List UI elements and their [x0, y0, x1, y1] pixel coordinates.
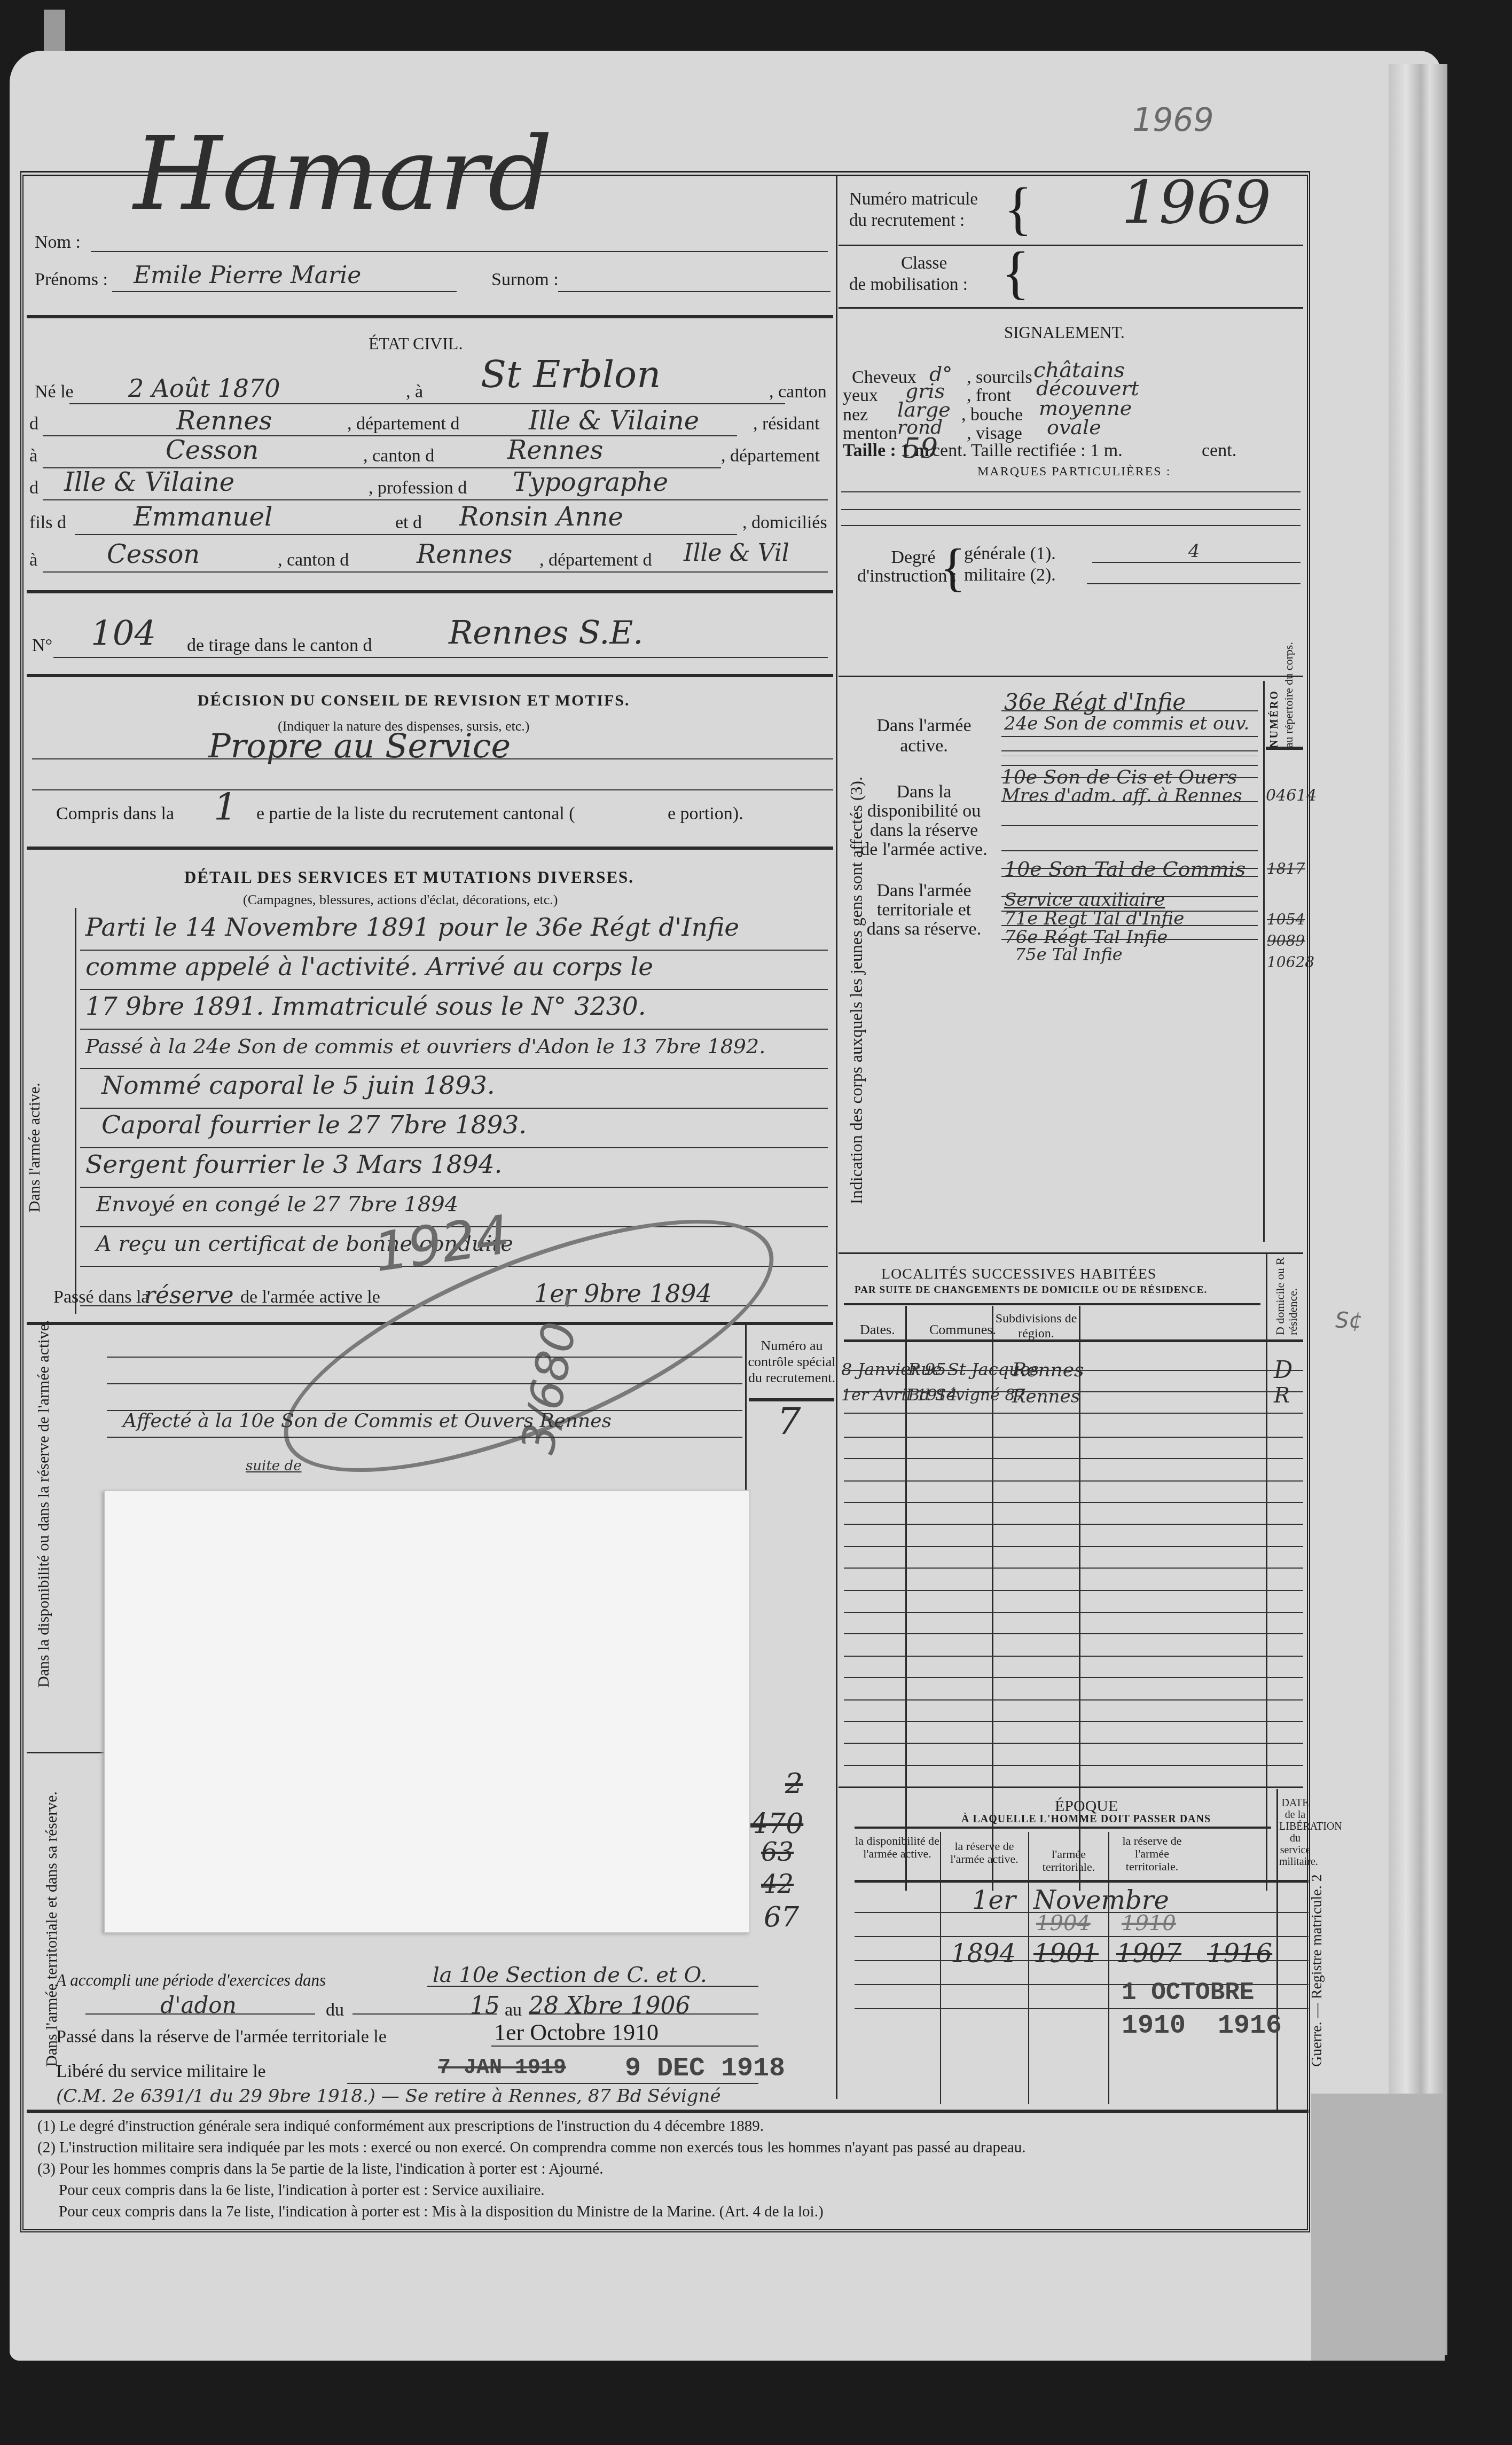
exercise-label: A accompli une période d'exercices dans [56, 1971, 326, 1990]
released-label: Libéré du service militaire le [56, 2062, 266, 2082]
divider [27, 315, 833, 318]
fill-line [43, 499, 828, 500]
pencil-margin-note: S¢ [1335, 1308, 1362, 1333]
canton-label: , canton d [278, 550, 349, 570]
footnote-5: Pour ceux compris dans la 7e liste, l'in… [59, 2203, 824, 2221]
rule [107, 1383, 742, 1384]
rule [1001, 911, 1258, 912]
rule [80, 1108, 828, 1109]
rule [844, 1502, 1303, 1503]
col-dates: Dates. [860, 1322, 895, 1338]
fill-line [427, 1986, 758, 1987]
department-prefix: d [29, 478, 38, 498]
side-label-active: Dans l'armée active. [26, 1083, 44, 1212]
face-value: ovale [1047, 416, 1101, 439]
rule [844, 1677, 1303, 1678]
born-label: Né le [35, 382, 74, 402]
locality-subdivision: Rennes [1012, 1386, 1080, 1407]
epoch-year: 1907 [1116, 1939, 1181, 1969]
department-label: , département [721, 446, 820, 466]
bracket [75, 908, 76, 1314]
service-line: Passé à la 24e Son de commis et ouvriers… [85, 1026, 765, 1066]
fill-line [352, 2013, 497, 2015]
divider [27, 674, 833, 677]
footnote-2: (2) L'instruction militaire sera indiqué… [37, 2139, 1026, 2157]
column-divider [836, 176, 837, 2099]
rule [1001, 765, 1258, 766]
corps-territoriale-number: 1817 [1267, 860, 1305, 877]
corps-number-header: NUMÉRO [1268, 689, 1281, 748]
to-label: au [505, 2000, 522, 2020]
divider [27, 847, 833, 850]
rule [1001, 801, 1258, 802]
draw-number-prefix: N° [32, 636, 52, 656]
released-date-stamp: 9 DEC 1918 [625, 2054, 785, 2084]
exercise-from: 15 [470, 1992, 500, 2019]
corps-disponibilite-number: 04614 [1266, 786, 1317, 805]
divider [844, 1339, 1303, 1342]
fill-line [53, 657, 828, 658]
liberation-date-header: DATE de la LIBÉRATION du service militai… [1279, 1797, 1311, 1868]
divider [839, 1786, 1303, 1788]
rule [80, 1068, 828, 1069]
epoch-struck-year: 1910 [1122, 1911, 1176, 1935]
divider [839, 245, 1303, 246]
rule [1001, 896, 1258, 897]
epoch-year: 1894 [951, 1939, 1016, 1969]
corps-disponibilite-entry: Mres d'adm. aff. à Rennes [1001, 785, 1242, 806]
canton-label: , canton d [363, 446, 434, 466]
footnote-4: Pour ceux compris dans la 6e liste, l'in… [59, 2182, 545, 2199]
rule [1001, 850, 1258, 851]
rule [855, 1936, 1309, 1937]
fill-line [69, 403, 785, 404]
rule [1001, 868, 1258, 869]
brace: { [1004, 182, 1032, 235]
rule [1001, 750, 1258, 751]
corps-active-label: Dans l'armée active. [860, 716, 988, 756]
rule [855, 1960, 1309, 1961]
etat-civil-title: ÉTAT CIVIL. [369, 334, 463, 354]
fill-line [75, 534, 737, 535]
fill-line [1092, 562, 1301, 563]
divider [839, 1252, 1303, 1254]
fill-line [43, 435, 737, 436]
corps-number-subheader: au répertoire du corps. [1282, 642, 1296, 748]
rule [80, 950, 828, 951]
fill-line [32, 789, 833, 790]
mother-name: Ronsin Anne [459, 502, 623, 532]
pasted-paper-slip [104, 1490, 750, 1933]
struck-number: 2 [785, 1768, 803, 1800]
col-communes: Communes. [929, 1322, 996, 1338]
liberation-stamp-year: 1916 [1218, 2011, 1282, 2041]
footnote-1: (1) Le degré d'instruction générale sera… [37, 2118, 764, 2135]
matricule-label-2: du recrutement : [849, 211, 965, 231]
column-divider [1276, 1789, 1278, 2110]
profession-value: Typographe [513, 467, 668, 497]
rule [80, 989, 828, 990]
column-divider [940, 1832, 941, 2104]
resident-commune: Cesson [166, 435, 258, 465]
service-line: Parti le 14 Novembre 1891 pour le 36e Ré… [85, 908, 765, 947]
exercise-to: 28 Xbre 1906 [529, 1992, 691, 2019]
rule [80, 1029, 828, 1030]
department-label: , département d [347, 414, 460, 434]
corps-disponibilite-label: Dans la disponibilité ou dans la réserve… [860, 782, 988, 859]
rule [844, 1546, 1303, 1547]
col-domicile-residence: D domicile ou R résidence. [1274, 1255, 1299, 1335]
epoch-struck-year: 1904 [1036, 1911, 1091, 1935]
divider [855, 1880, 1309, 1883]
general-instruction-label: générale (1). [964, 544, 1056, 564]
rule [844, 1765, 1303, 1766]
rule [1001, 925, 1258, 926]
corps-territoriale-entry: 75e Tal Infie [1015, 944, 1123, 965]
divider [27, 590, 833, 593]
domiciled-label: , domiciliés [742, 513, 827, 533]
surname-line [91, 251, 828, 252]
side-label-disponibilite: Dans la disponibilité ou dans la réserve… [35, 1320, 53, 1688]
rule [844, 1590, 1303, 1591]
suite-note: suite de [246, 1458, 302, 1474]
firstnames-line [112, 291, 457, 292]
column-divider [1266, 1252, 1267, 1891]
eyebrows-label: , sourcils [967, 367, 1032, 388]
fill-line [1087, 583, 1301, 584]
decision-value: Propre au Service [208, 726, 511, 765]
epoch-col-territoriale: l'armée territoriale. [1029, 1848, 1108, 1874]
canton-prefix: d [29, 414, 38, 434]
passed-label-2: de l'armée active le [240, 1287, 380, 1307]
matricule-label-1: Numéro matricule [849, 190, 978, 209]
eyes-label: yeux [843, 386, 878, 406]
and-label: et d [395, 513, 422, 533]
rule [841, 491, 1301, 492]
included-label: Compris dans la [56, 804, 174, 824]
parents-canton: Rennes [417, 539, 512, 569]
epoch-col-disponibilite: la disponibilité de l'armée active. [855, 1835, 940, 1860]
fill-line [43, 571, 828, 573]
father-name: Emmanuel [134, 502, 272, 532]
service-line: 17 9bre 1891. Immatriculé sous le N° 323… [85, 987, 765, 1026]
col-subdivisions: Subdivisions de région. [993, 1311, 1079, 1341]
control-number-header: Numéro au contrôle spécial du recrutemen… [748, 1338, 836, 1386]
rule [80, 1147, 828, 1148]
at-label: , à [406, 382, 423, 402]
struck-number: 470 [750, 1808, 803, 1840]
birth-place: St Erblon [481, 352, 661, 396]
struck-number: 63 [761, 1837, 794, 1867]
nose-label: nez [843, 405, 868, 425]
page-stack-edge [1389, 64, 1447, 2355]
rule [844, 1743, 1303, 1744]
rule [1001, 710, 1258, 711]
surname-value: Hamard [134, 115, 553, 233]
cent-label: cent. [1202, 441, 1236, 461]
class-label-2: de mobilisation : [849, 275, 968, 295]
localities-subtitle: PAR SUITE DE CHANGEMENTS DE DOMICILE OU … [855, 1284, 1207, 1296]
general-instruction-value: 4 [1188, 540, 1200, 562]
marks-title: MARQUES PARTICULIÈRES : [977, 465, 1171, 479]
military-instruction-label: militaire (2). [964, 565, 1056, 585]
page-shadow [1311, 2094, 1445, 2361]
signalement-title: SIGNALEMENT. [1004, 323, 1125, 342]
corps-territoriale-entry: Service auxiliaire [1004, 889, 1165, 911]
brace: { [940, 537, 966, 598]
epoch-day: 1er [972, 1885, 1016, 1915]
localities-title: LOCALITÉS SUCCESSIVES HABITÉES [881, 1266, 1156, 1283]
domicile-prefix: à [29, 550, 37, 570]
rule [841, 525, 1301, 526]
resident-canton: Rennes [507, 435, 603, 465]
rule [107, 1437, 742, 1438]
department-label: , département d [539, 550, 652, 570]
assigned-line: Affecté à la 10e Son de Commis et Ouvers… [123, 1410, 612, 1432]
epoch-subtitle: À LAQUELLE L'HOMME DOIT PASSER DANS [961, 1813, 1211, 1825]
draw-label: de tirage dans le canton d [187, 636, 372, 656]
birth-canton: Rennes [176, 406, 272, 436]
services-text: Parti le 14 Novembre 1891 pour le 36e Ré… [85, 908, 765, 1264]
fill-line [529, 2013, 758, 2015]
service-line: Caporal fourrier le 27 7bre 1893. [85, 1106, 765, 1145]
rule [844, 1370, 1303, 1371]
brace: { [1001, 246, 1030, 299]
register-side-note: Guerre. — Registre matricule. 2 [1309, 1874, 1326, 2067]
forehead-label: , front [967, 386, 1011, 406]
rule [1001, 736, 1258, 737]
territorial-reserve-date: 1er Octobre 1910 [494, 2019, 659, 2046]
binding-tab [44, 10, 65, 52]
fill-line [32, 758, 833, 759]
draw-canton: Rennes S.E. [449, 614, 643, 652]
rule [844, 1721, 1303, 1722]
portion-label: e portion). [668, 804, 743, 824]
divider [1263, 681, 1265, 1242]
divider [844, 1303, 1260, 1305]
control-number: 7 [777, 1399, 801, 1443]
rule [844, 1568, 1303, 1569]
liberation-struck-year: 1916 [1207, 1939, 1272, 1969]
list-part: 1 [214, 785, 238, 829]
rule [844, 1413, 1303, 1414]
from-label: du [326, 2000, 344, 2020]
service-line: Nommé caporal le 5 juin 1893. [85, 1066, 765, 1106]
rule [855, 2008, 1309, 2009]
rule [844, 1437, 1303, 1438]
release-note: (C.M. 2e 6391/1 du 29 9bre 1918.) — Se r… [56, 2086, 721, 2107]
rule [844, 1524, 1303, 1525]
corps-territoriale-label: Dans l'armée territoriale et dans sa rés… [860, 881, 988, 939]
locality-dr: R [1274, 1383, 1290, 1408]
rule [1001, 777, 1258, 778]
son-of-label: fils d [29, 513, 66, 533]
nickname-label: Surnom : [491, 270, 559, 290]
current-number: 67 [764, 1901, 799, 1933]
pencil-top-number: 1969 [1132, 101, 1214, 139]
exercise-unit: la 10e Section de C. et O. [433, 1963, 707, 1987]
divider [839, 307, 1303, 309]
rule [841, 509, 1301, 510]
corps-territoriale-number: 9089 [1267, 932, 1305, 950]
height-rectified-label: cent. Taille rectifiée : 1 m. [932, 441, 1123, 461]
rule [844, 1480, 1303, 1482]
divider [27, 2110, 1309, 2113]
rule [107, 1357, 742, 1358]
rule [1001, 939, 1258, 940]
decision-title: DÉCISION DU CONSEIL DE REVISION ET MOTIF… [198, 692, 630, 710]
rule [844, 1699, 1303, 1700]
draw-number: 104 [91, 614, 156, 654]
resident-department: Ille & Vilaine [64, 467, 234, 497]
rule [844, 1458, 1303, 1459]
rule [844, 1633, 1303, 1634]
rule [1001, 825, 1258, 826]
rule [844, 1391, 1303, 1392]
divider [855, 1827, 1271, 1829]
resident-label: , résidant [753, 414, 820, 434]
epoch-year: 1901 [1033, 1939, 1099, 1969]
corps-territoriale-number: 1054 [1267, 911, 1305, 928]
rule [1001, 756, 1258, 756]
epoch-col-reserve-territoriale: la réserve de l'armée territoriale. [1109, 1835, 1195, 1873]
footnote-3: (3) Pour les hommes compris dans la 5e p… [37, 2160, 603, 2178]
firstnames-label: Prénoms : [35, 270, 108, 290]
epoch-title: ÉPOQUE [1055, 1797, 1118, 1815]
surname-label: Nom : [35, 232, 81, 253]
service-line: comme appelé à l'activité. Arrivé au cor… [85, 947, 765, 987]
rule [80, 1187, 828, 1188]
parents-department: Ille & Vil [684, 539, 789, 567]
epoch-stamp-year: 1910 [1122, 2011, 1186, 2041]
epoch-stamp-month: 1 OCTOBRE [1122, 1979, 1254, 2007]
corps-territoriale-number: 10628 [1267, 953, 1314, 971]
nickname-line [558, 291, 831, 292]
side-label-territoriale: Dans l'armée territoriale et dans sa rés… [43, 1791, 61, 2067]
released-struck-stamp: 7 JAN 1919 [438, 2056, 566, 2080]
fill-line [85, 2013, 315, 2015]
fill-line [347, 2083, 758, 2084]
passed-reserve: réserve [144, 1282, 234, 1309]
matricule-number: 1969 [1122, 168, 1271, 237]
territorial-reserve-label: Passé dans la réserve de l'armée territo… [56, 2027, 387, 2047]
profession-label: , profession d [369, 478, 467, 498]
corps-territoriale-entry: 10e Son Tal de Commis [1004, 857, 1245, 881]
struck-number: 42 [761, 1869, 794, 1899]
divider [839, 676, 1303, 677]
resident-prefix: à [29, 446, 37, 466]
services-subtitle: (Campagnes, blessures, actions d'éclat, … [243, 892, 558, 908]
mouth-label: , bouche [961, 405, 1023, 425]
class-label-1: Classe [849, 254, 999, 273]
birth-date: 2 Août 1870 [128, 374, 280, 403]
rule [844, 1612, 1303, 1613]
epoch-col-reserve-active: la réserve de l'armée active. [941, 1840, 1028, 1866]
services-title: DÉTAIL DES SERVICES ET MUTATIONS DIVERSE… [184, 868, 634, 887]
rule [844, 1656, 1303, 1657]
corps-active-entry: 24e Son de commis et ouv. [1004, 713, 1249, 734]
parents-commune: Cesson [107, 539, 200, 569]
list-part-label: e partie de la liste du recrutement cant… [256, 804, 575, 824]
locality-commune: Bd Sévigné 87 [908, 1386, 1025, 1405]
divider [1266, 747, 1303, 750]
firstnames-value: Emile Pierre Marie [134, 262, 361, 289]
passed-label: Passé dans la [53, 1287, 149, 1307]
service-line: Sergent fourrier le 3 Mars 1894. [85, 1145, 765, 1185]
canton-label: , canton [769, 382, 827, 402]
fill-line [491, 2046, 758, 2047]
birth-department: Ille & Vilaine [529, 406, 699, 436]
